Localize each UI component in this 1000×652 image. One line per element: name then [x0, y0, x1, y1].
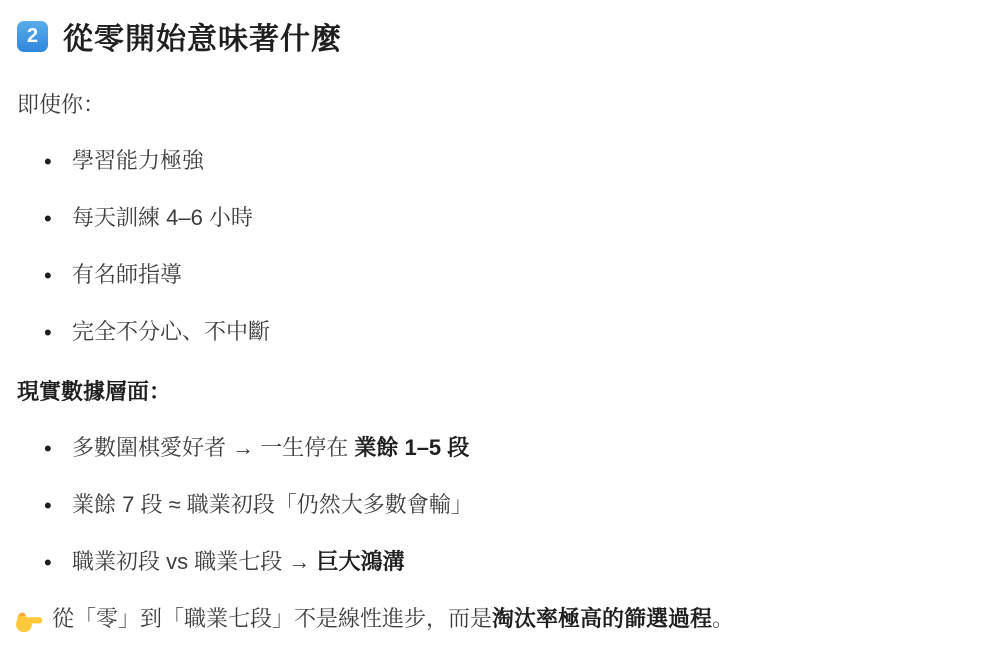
list-item-bold-text: 巨大鴻溝 [316, 549, 404, 574]
pointing-right-hand-icon [14, 606, 44, 644]
bullet-icon: • [44, 549, 52, 576]
list-item: • 完全不分心、不中斷 [8, 318, 980, 345]
subheading-text: 現實數據層面： [17, 378, 980, 405]
list-item-text: 每天訓練 4–6 小時 [72, 205, 253, 230]
keycap-number: 2 [27, 25, 38, 48]
document: 2 從零開始意味著什麼 即使你： • 學習能力極強 • 每天訓練 4–6 小時 … [0, 0, 1000, 644]
bullet-icon: • [44, 435, 52, 462]
list-item-text: 完全不分心、不中斷 [72, 319, 270, 344]
bullet-icon: • [44, 319, 52, 346]
conclusion-bold: 淘汰率極高的篩選過程 [492, 606, 712, 631]
section-title: 從零開始意味著什麼 [63, 14, 342, 58]
section-heading: 2 從零開始意味著什麼 [17, 14, 980, 58]
list-item: • 每天訓練 4–6 小時 [8, 204, 980, 231]
list-item-text: 業餘 7 段 ≈ 職業初段「仍然大多數會輸」 [72, 492, 473, 517]
list-item-text: 學習能力極強 [72, 148, 204, 173]
bullet-icon: • [44, 148, 52, 175]
list-item-text: 多數圍棋愛好者 → 一生停在 [72, 435, 354, 460]
bullet-icon: • [44, 262, 52, 289]
premise-list: • 學習能力極強 • 每天訓練 4–6 小時 • 有名師指導 • 完全不分心、不… [8, 147, 980, 345]
list-item: • 有名師指導 [8, 261, 980, 288]
list-item: • 多數圍棋愛好者 → 一生停在 業餘 1–5 段 [8, 434, 980, 461]
keycap-2-icon: 2 [17, 21, 48, 52]
list-item: • 學習能力極強 [8, 147, 980, 174]
list-item-text: 職業初段 vs 職業七段 → [72, 549, 316, 574]
list-item: • 業餘 7 段 ≈ 職業初段「仍然大多數會輸」 [8, 491, 980, 518]
reality-list: • 多數圍棋愛好者 → 一生停在 業餘 1–5 段 • 業餘 7 段 ≈ 職業初… [8, 434, 980, 575]
conclusion-pre: 從「零」到「職業七段」不是線性進步，而是 [52, 606, 492, 631]
bullet-icon: • [44, 205, 52, 232]
list-item-bold-text: 業餘 1–5 段 [354, 435, 469, 460]
conclusion-post: 。 [712, 606, 734, 631]
bullet-icon: • [44, 492, 52, 519]
conclusion-text: 從「零」到「職業七段」不是線性進步，而是淘汰率極高的篩選過程。 [52, 604, 734, 634]
intro-text: 即使你： [17, 91, 980, 118]
conclusion-line: 從「零」到「職業七段」不是線性進步，而是淘汰率極高的篩選過程。 [14, 604, 980, 644]
list-item: • 職業初段 vs 職業七段 → 巨大鴻溝 [8, 548, 980, 575]
list-item-text: 有名師指導 [72, 262, 182, 287]
